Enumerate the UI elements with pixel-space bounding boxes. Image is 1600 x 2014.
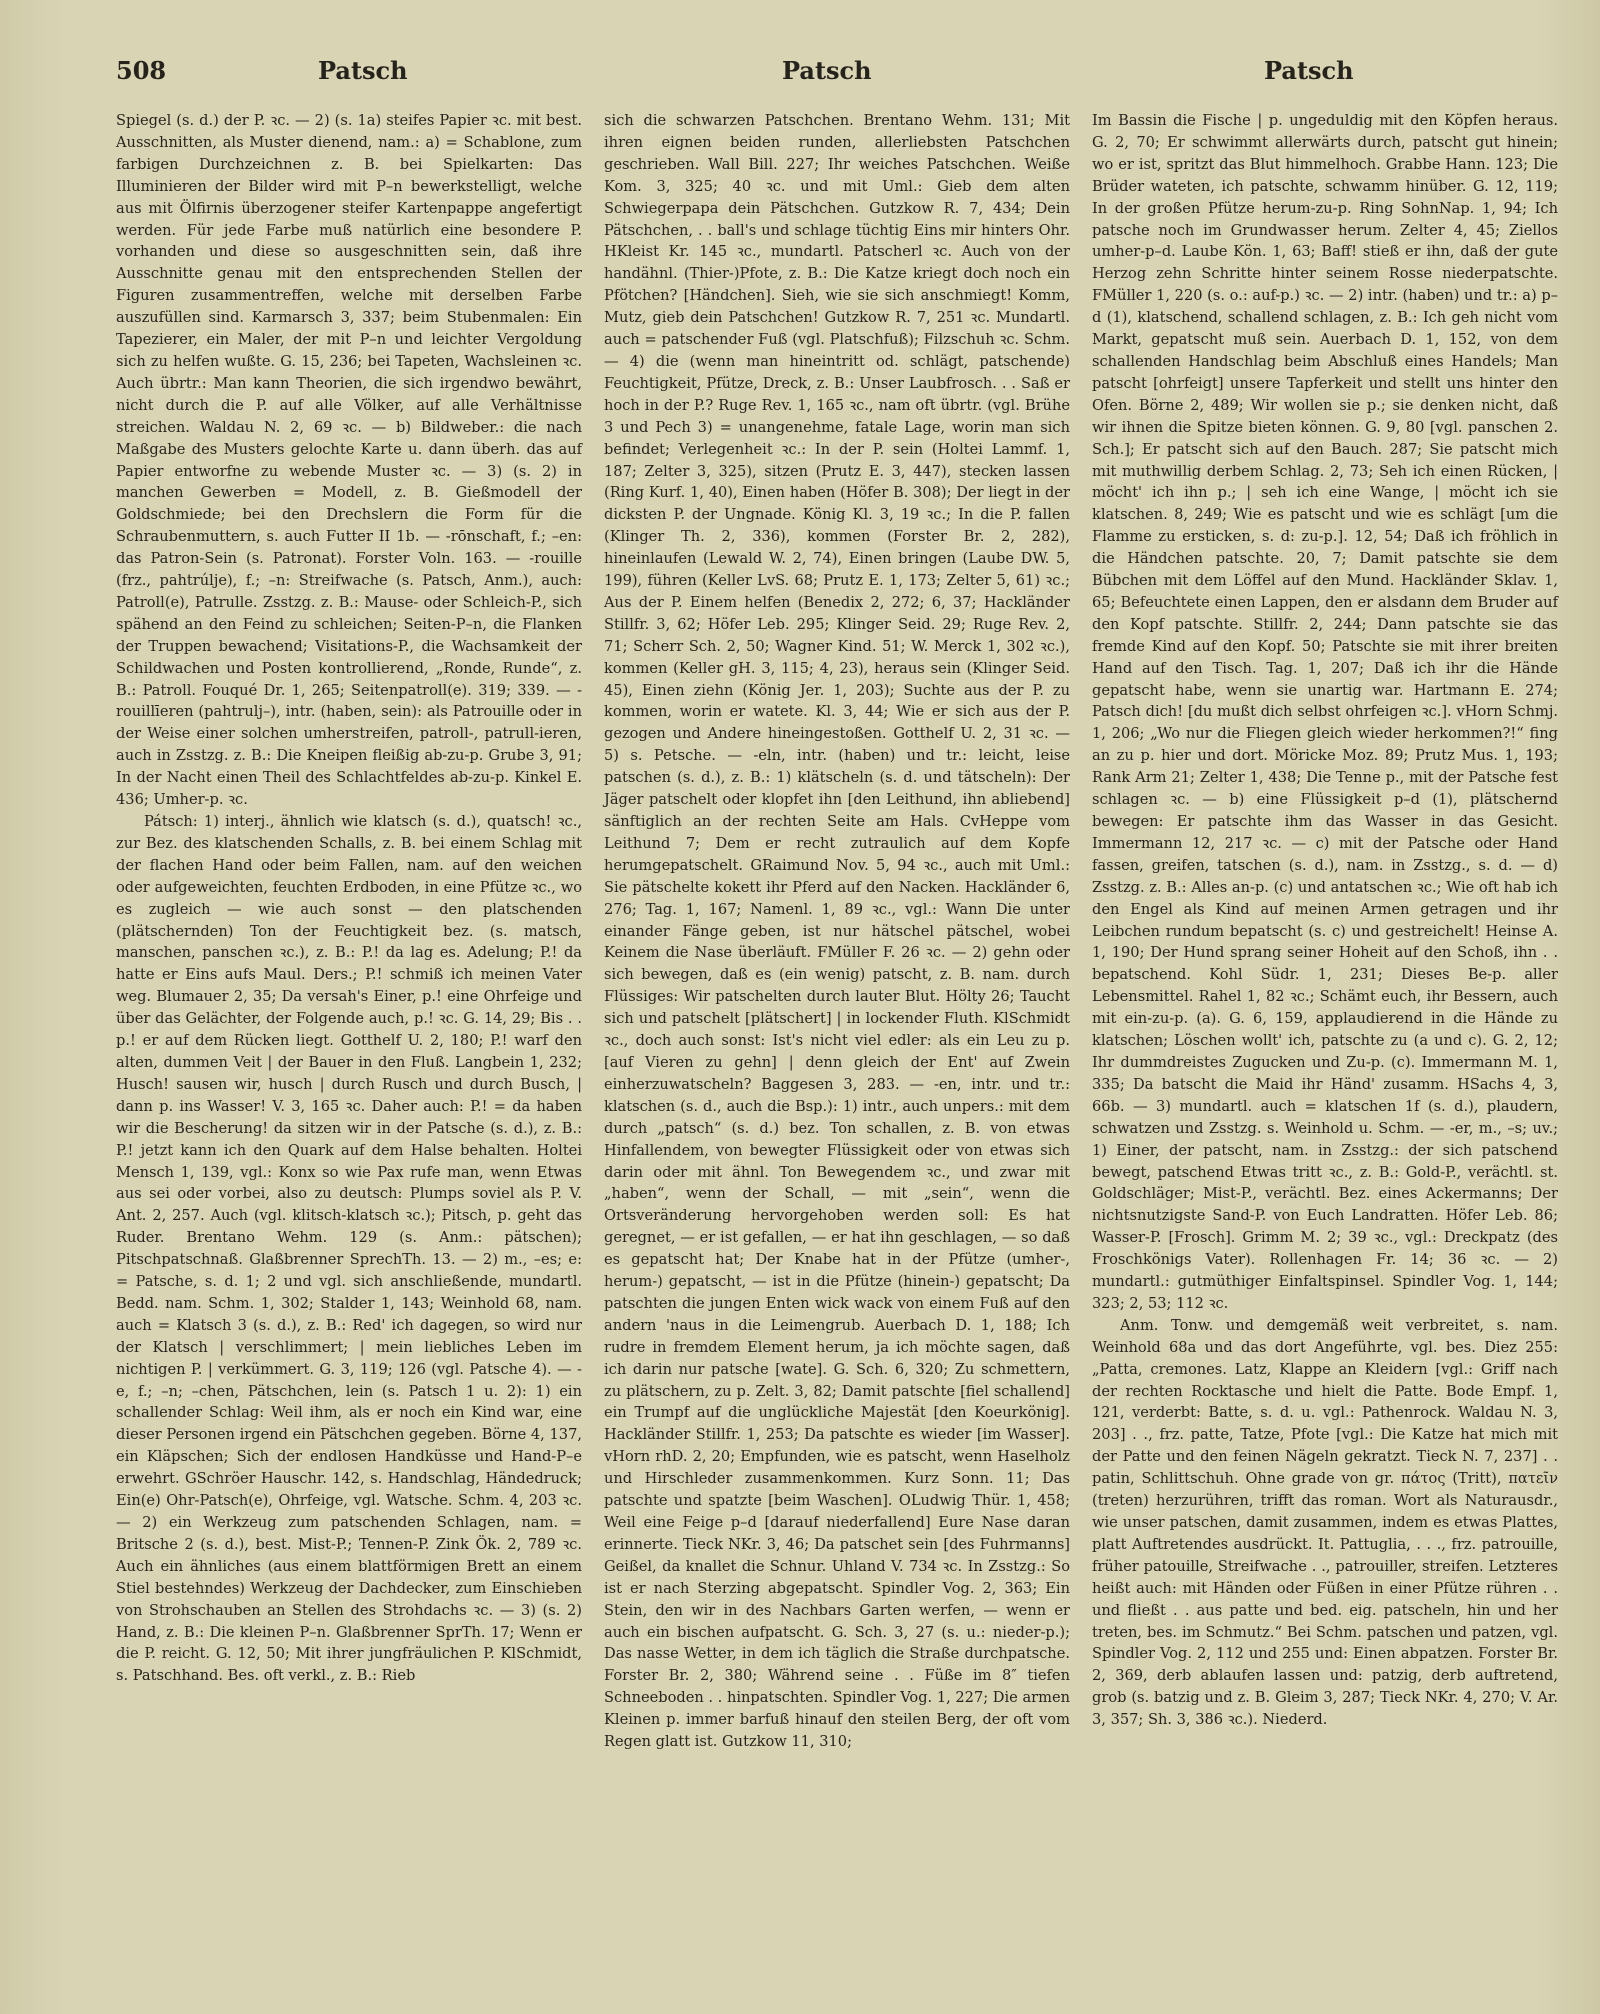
page-header: 508 Patsch Patsch Patsch: [0, 56, 1600, 96]
entry-continuation-patsch: sich die schwarzen Patschchen. Brentano …: [604, 110, 1070, 1753]
entry-continuation-patschen: Im Bassin die Fische | p. ungeduldig mit…: [1092, 110, 1558, 1315]
entry-annotation: Anm. Tonw. und demgemäß weit verbreitet,…: [1092, 1315, 1558, 1731]
running-head-left: Patsch: [318, 56, 408, 85]
page-number: 508: [116, 56, 166, 85]
column-middle: sich die schwarzen Patschchen. Brentano …: [604, 110, 1070, 1753]
column-left: Spiegel (s. d.) der P. ꝛc. — 2) (s. 1a) …: [116, 110, 582, 1753]
dictionary-page: 508 Patsch Patsch Patsch Spiegel (s. d.)…: [0, 0, 1600, 2014]
running-head-right: Patsch: [1264, 56, 1354, 85]
entry-continuation-patrone: Spiegel (s. d.) der P. ꝛc. — 2) (s. 1a) …: [116, 110, 582, 811]
running-head-center: Patsch: [782, 56, 872, 85]
text-columns: Spiegel (s. d.) der P. ꝛc. — 2) (s. 1a) …: [116, 110, 1560, 1753]
column-right: Im Bassin die Fische | p. ungeduldig mit…: [1092, 110, 1558, 1753]
entry-patsch: Pátsch: 1) interj., ähnlich wie klatsch …: [116, 811, 582, 1687]
